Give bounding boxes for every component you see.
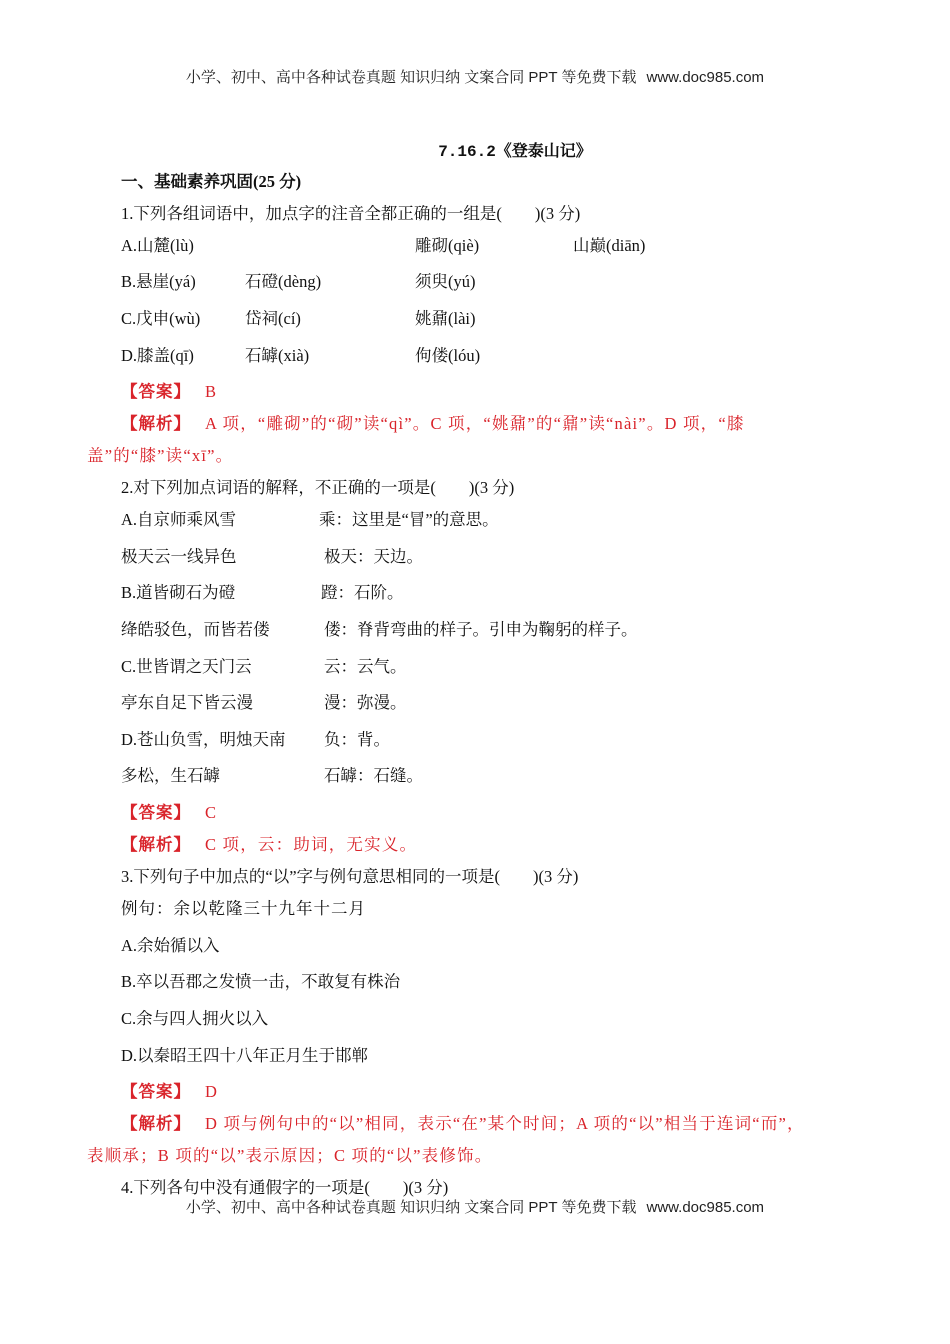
q3-option-a: A.余始循以入	[121, 935, 220, 957]
q3-analysis-text-1: D 项与例句中的“以”相同，表示“在”某个时间；A 项的“以”相当于连词“而”，	[205, 1114, 805, 1133]
q1-option-a: A.山麓(lù) 雕砌(qiè) 山巅(diān)	[121, 235, 194, 257]
q2-row: 绛皓驳色，而皆若偻偻：脊背弯曲的样子。引申为鞠躬的样子。	[121, 619, 270, 641]
q3-option-c: C.余与四人拥火以入	[121, 1008, 268, 1030]
q2-answer: 【答案】C	[121, 802, 216, 824]
q1-answer-value: B	[205, 382, 216, 401]
q1-answer: 【答案】B	[121, 381, 216, 403]
q1-analysis-text-2: 盖”的“膝”读“xī”。	[87, 445, 233, 467]
page-footer: 小学、初中、高中各种试卷真题 知识归纳 文案合同 PPT 等免费下载www.do…	[0, 1196, 950, 1217]
q3-analysis: 【解析】D 项与例句中的“以”相同，表示“在”某个时间；A 项的“以”相当于连词…	[121, 1113, 805, 1135]
q1-b-col3: 须臾(yú)	[415, 271, 476, 293]
header-text: 小学、初中、高中各种试卷真题 知识归纳 文案合同 PPT 等免费下载	[186, 69, 637, 86]
q2-row: C.世皆谓之天门云云：云气。	[121, 656, 252, 678]
footer-text: 小学、初中、高中各种试卷真题 知识归纳 文案合同 PPT 等免费下载	[186, 1199, 637, 1216]
q1-analysis-text-1: A 项，“雕砌”的“砌”读“qì”。C 项，“姚鼐”的“鼐”读“nài”。D 项…	[205, 414, 745, 433]
q1-a-col3: 雕砌(qiè)	[415, 235, 479, 257]
q3-answer-value: D	[205, 1082, 217, 1101]
analysis-label: 【解析】	[121, 414, 191, 433]
q1-option-b: B.悬崖(yá) 石磴(dèng) 须臾(yú)	[121, 271, 196, 293]
q2-analysis-text: C 项，云：助词，无实义。	[205, 835, 417, 854]
answer-label: 【答案】	[121, 803, 191, 822]
q3-answer: 【答案】D	[121, 1081, 217, 1103]
q2-row: 亭东自足下皆云漫漫：弥漫。	[121, 692, 253, 714]
q1-stem: 1.下列各组词语中，加点字的注音全都正确的一组是( )(3 分)	[121, 203, 580, 225]
q1-a-col4: 山巅(diān)	[573, 235, 645, 257]
q3-stem: 3.下列句子中加点的“以”字与例句意思相同的一项是( )(3 分)	[121, 866, 578, 888]
q1-option-d: D.膝盖(qī) 石罅(xià) 佝偻(lóu)	[121, 345, 194, 367]
q1-a-col1: A.山麓(lù)	[121, 236, 194, 255]
q3-analysis-text-2: 表顺承；B 项的“以”表示原因；C 项的“以”表修饰。	[87, 1145, 492, 1167]
q2-answer-value: C	[205, 803, 216, 822]
q2-row: 多松，生石罅石罅：石缝。	[121, 765, 220, 787]
q3-option-b: B.卒以吾郡之发愤一击，不敢复有株治	[121, 971, 400, 993]
q2-row: D.苍山负雪，明烛天南负：背。	[121, 729, 286, 751]
answer-label: 【答案】	[121, 1082, 191, 1101]
analysis-label: 【解析】	[121, 1114, 191, 1133]
q1-c-col1: C.戊申(wù)	[121, 309, 200, 328]
q1-d-col2: 石罅(xià)	[245, 345, 309, 367]
q1-b-col2: 石磴(dèng)	[245, 271, 321, 293]
q1-d-col1: D.膝盖(qī)	[121, 346, 194, 365]
q2-row: B.道皆砌石为磴蹬：石阶。	[121, 582, 235, 604]
q3-example: 例句：余以乾隆三十九年十二月	[121, 898, 366, 920]
footer-url[interactable]: www.doc985.com	[647, 1199, 765, 1216]
document-title: 7.16.2《登泰山记》	[0, 138, 950, 161]
page-header: 小学、初中、高中各种试卷真题 知识归纳 文案合同 PPT 等免费下载www.do…	[0, 66, 950, 87]
q1-c-col2: 岱祠(cí)	[245, 308, 301, 330]
q2-analysis: 【解析】C 项，云：助词，无实义。	[121, 834, 417, 856]
header-url[interactable]: www.doc985.com	[647, 69, 765, 86]
q2-stem: 2.对下列加点词语的解释，不正确的一项是( )(3 分)	[121, 477, 514, 499]
q1-option-c: C.戊申(wù) 岱祠(cí) 姚鼐(lài)	[121, 308, 200, 330]
q2-row: A.自京师乘风雪乘：这里是“冒”的意思。	[121, 509, 236, 531]
section-heading: 一、基础素养巩固(25 分)	[121, 171, 301, 193]
q1-d-col3: 佝偻(lóu)	[415, 345, 480, 367]
q2-row: 极天云一线异色极天：天边。	[121, 546, 237, 568]
q1-c-col3: 姚鼐(lài)	[415, 308, 475, 330]
q1-b-col1: B.悬崖(yá)	[121, 272, 196, 291]
answer-label: 【答案】	[121, 382, 191, 401]
q3-option-d: D.以秦昭王四十八年正月生于邯郸	[121, 1045, 368, 1067]
analysis-label: 【解析】	[121, 835, 191, 854]
q1-analysis: 【解析】A 项，“雕砌”的“砌”读“qì”。C 项，“姚鼐”的“鼐”读“nài”…	[121, 413, 745, 435]
